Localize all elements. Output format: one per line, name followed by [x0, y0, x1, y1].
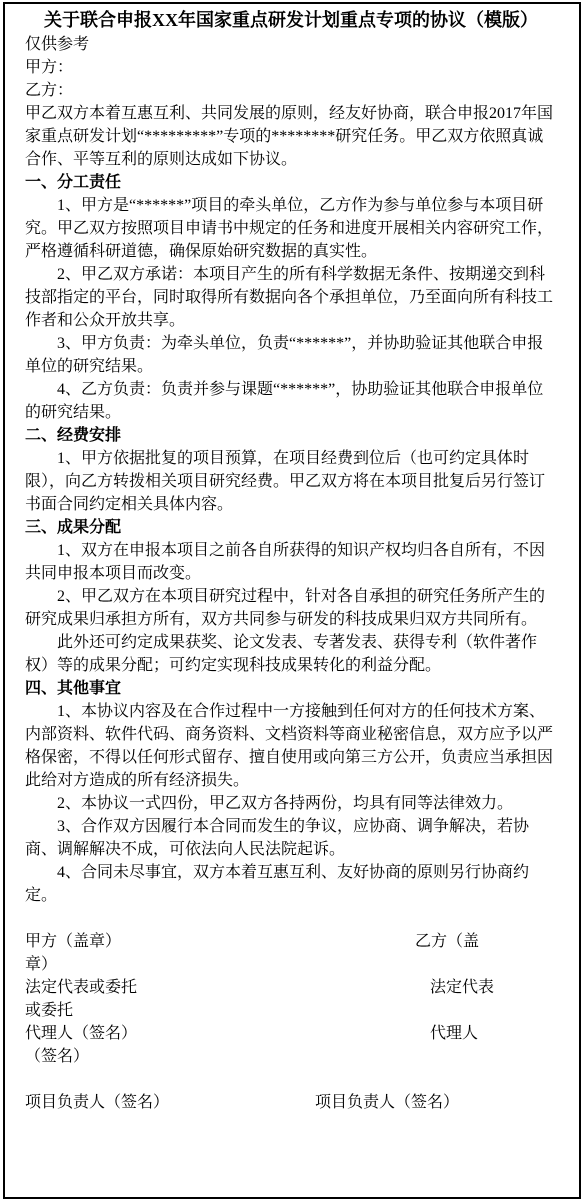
paragraph: 3、合作双方因履行本合同而发生的争议，应协商、调争解决，若协商、调解解决不成，可… — [25, 815, 557, 861]
paragraph: 2、甲乙双方承诺：本项目产生的所有科学数据无条件、按期递交到科技部指定的平台，同… — [25, 263, 557, 332]
paragraph: 甲乙双方本着互惠互利、共同发展的原则，经友好协商，联合申报2017年国家重点研发… — [25, 102, 557, 171]
signature-line: 甲方（盖章）乙方（盖 — [25, 930, 557, 953]
paragraph: 或委托 — [25, 999, 557, 1022]
signature-line: 代理人（签名）代理人 — [25, 1022, 557, 1045]
paragraph: 3、甲方负责：为牵头单位，负责“******”，并协助验证其他联合申报单位的研究… — [25, 332, 557, 378]
signature-line: 法定代表或委托法定代表 — [25, 976, 557, 999]
paragraph: （签名） — [25, 1045, 557, 1068]
paragraph: 1、双方在申报本项目之前各自所获得的知识产权均归各自所有，不因共同申报本项目而改… — [25, 539, 557, 585]
paragraph: 章） — [25, 953, 557, 976]
blank-line — [25, 1068, 557, 1091]
paragraph: 4、合同未尽事宜，双方本着互惠互利、友好协商的原则另行协商约定。 — [25, 861, 557, 907]
document-page: 关于联合申报XX年国家重点研发计划重点专项的协议（模版） 仅供参考甲方：乙方：甲… — [0, 0, 584, 1201]
blank-line — [25, 907, 557, 930]
document-body: 关于联合申报XX年国家重点研发计划重点专项的协议（模版） 仅供参考甲方：乙方：甲… — [25, 8, 557, 1114]
signature-label-right: 项目负责人（签名） — [315, 1091, 459, 1114]
paragraph: 1、甲方是“******”项目的牵头单位，乙方作为参与单位参与本项目研究。甲乙双… — [25, 194, 557, 263]
paragraph: 1、本协议内容及在合作过程中一方接触到任何对方的任何技术方案、内部资料、软件代码… — [25, 700, 557, 792]
paragraph: 1、甲方依据批复的项目预算，在项目经费到位后（也可约定具体时限），向乙方转拨相关… — [25, 447, 557, 516]
signature-label-right: 乙方（盖 — [415, 930, 479, 953]
signature-label-left: 法定代表或委托 — [25, 979, 137, 996]
signature-line: 项目负责人（签名）项目负责人（签名） — [25, 1091, 557, 1114]
signature-label-right: 代理人 — [430, 1022, 478, 1045]
signature-label-left: 代理人（签名） — [25, 1025, 137, 1042]
paragraph: 2、甲乙双方在本项目研究过程中，针对各自承担的研究任务所产生的研究成果归承担方所… — [25, 585, 557, 631]
section-heading: 一、分工责任 — [25, 171, 557, 194]
paragraph: 乙方： — [25, 79, 557, 102]
paragraph: 4、乙方负责：负责并参与课题“******”，协助验证其他联合申报单位的研究结果… — [25, 378, 557, 424]
paragraph: 甲方： — [25, 56, 557, 79]
signature-label-left: 项目负责人（签名） — [25, 1094, 169, 1111]
paragraph: 仅供参考 — [25, 33, 557, 56]
document-blocks: 仅供参考甲方：乙方：甲乙双方本着互惠互利、共同发展的原则，经友好协商，联合申报2… — [25, 33, 557, 1114]
paragraph: 此外还可约定成果获奖、论文发表、专著发表、获得专利（软件著作权）等的成果分配；可… — [25, 631, 557, 677]
signature-label-left: 甲方（盖章） — [25, 933, 121, 950]
section-heading: 四、其他事宜 — [25, 677, 557, 700]
section-heading: 二、经费安排 — [25, 424, 557, 447]
section-heading: 三、成果分配 — [25, 516, 557, 539]
paragraph: 2、本协议一式四份，甲乙双方各持两份，均具有同等法律效力。 — [25, 792, 557, 815]
document-title: 关于联合申报XX年国家重点研发计划重点专项的协议（模版） — [25, 8, 557, 32]
signature-label-right: 法定代表 — [430, 976, 494, 999]
